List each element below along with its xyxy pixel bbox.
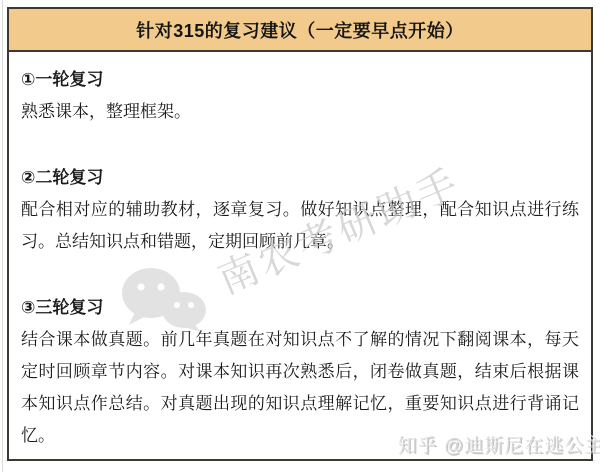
section-round-1-text: 熟悉课本，整理框架。 [21, 96, 579, 128]
section-round-1: ①一轮复习 熟悉课本，整理框架。 [21, 64, 579, 128]
table-body: ①一轮复习 熟悉课本，整理框架。 ②二轮复习 配合相对应的辅助教材，逐章复习。做… [9, 52, 591, 452]
section-round-2: ②二轮复习 配合相对应的辅助教材，逐章复习。做好知识点整理，配合知识点进行练习。… [21, 162, 579, 258]
table-title: 针对315的复习建议（一定要早点开始） [136, 17, 464, 43]
table-header: 针对315的复习建议（一定要早点开始） [9, 9, 591, 52]
section-round-3-text: 结合课本做真题。前几年真题在对知识点不了解的情况下翻阅课本，每天定时回顾章节内容… [21, 324, 579, 452]
review-table: 针对315的复习建议（一定要早点开始） ①一轮复习 熟悉课本，整理框架。 ②二轮… [7, 7, 593, 461]
section-round-3-heading: ③三轮复习 [21, 292, 579, 324]
section-round-2-text: 配合相对应的辅助教材，逐章复习。做好知识点整理，配合知识点进行练习。总结知识点和… [21, 194, 579, 258]
section-round-1-heading: ①一轮复习 [21, 64, 579, 96]
left-crop-line [2, 0, 3, 472]
section-round-3: ③三轮复习 结合课本做真题。前几年真题在对知识点不了解的情况下翻阅课本，每天定时… [21, 292, 579, 452]
section-round-2-heading: ②二轮复习 [21, 162, 579, 194]
